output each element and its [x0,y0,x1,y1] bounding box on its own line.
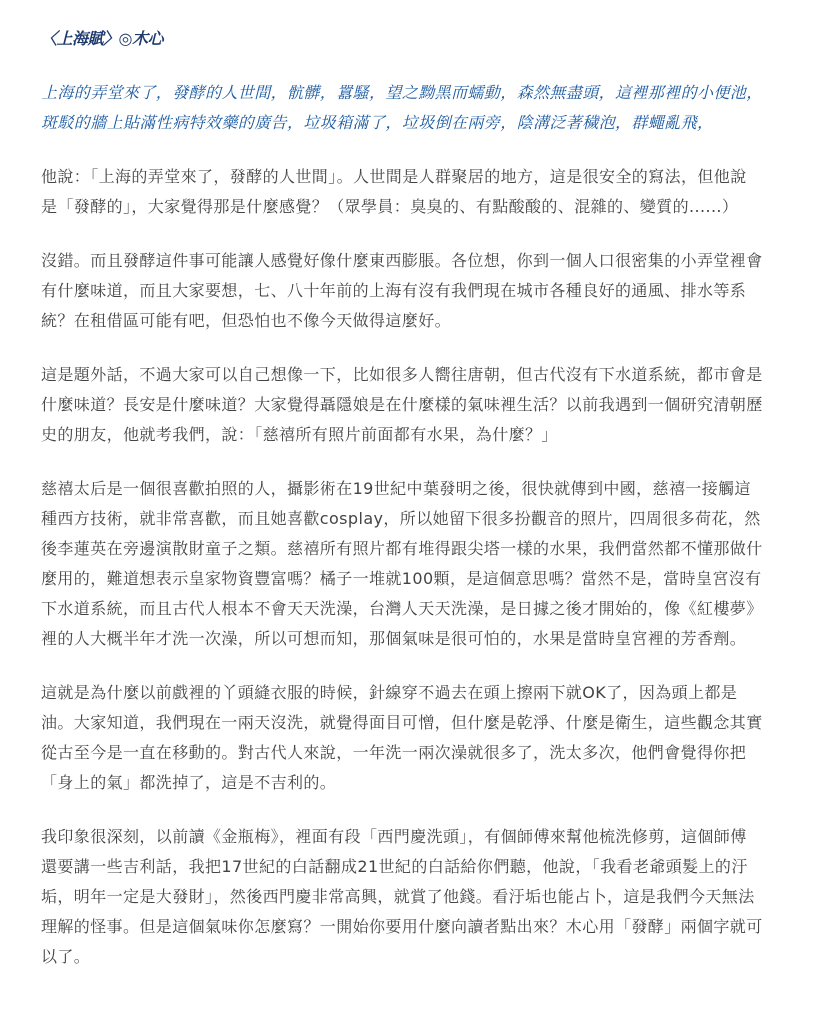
text-line: 是「發酵的」，大家覺得那是什麼感覺？（眾學員：臭臭的、有點酸酸的、混雜的、變質的… [41,192,789,222]
text-line: 油。大家知道，我們現在一兩天沒洗，就覺得面目可憎，但什麼是乾淨、什麼是衛生，這些… [41,708,789,738]
quote-block: 上海的弄堂來了，發酵的人世間，骯髒，囂騷，望之黝黑而蠕動，森然無盡頭，這裡那裡的… [41,78,789,138]
paragraph-5: 這就是為什麼以前戲裡的丫頭縫衣服的時候，針線穿不過去在頭上擦兩下就OK了，因為頭… [41,678,789,798]
article-title: 〈上海賦〉◎木心 [41,24,789,54]
text-line: 史的朋友，他就考我們，說：「慈禧所有照片前面都有水果，為什麼？」 [41,420,789,450]
paragraph-2: 沒錯。而且發酵這件事可能讓人感覺好像什麼東西膨脹。各位想，你到一個人口很密集的小… [41,246,789,336]
text-line: 後李蓮英在旁邊演散財童子之類。慈禧所有照片都有堆得跟尖塔一樣的水果，我們當然都不… [41,534,789,564]
text-line: 種西方技術，就非常喜歡，而且她喜歡cosplay，所以她留下很多扮觀音的照片，四… [41,504,789,534]
text-line: 裡的人大概半年才洗一次澡，所以可想而知，那個氣味是很可怕的，水果是當時皇宮裡的芳… [41,624,789,654]
quote-line: 上海的弄堂來了，發酵的人世間，骯髒，囂騷，望之黝黑而蠕動，森然無盡頭，這裡那裡的… [41,78,789,108]
text-line: 從古至今是一直在移動的。對古代人來說，一年洗一兩次澡就很多了，洗太多次，他們會覺… [41,738,789,768]
text-line: 慈禧太后是一個很喜歡拍照的人，攝影術在19世紀中葉發明之後，很快就傳到中國，慈禧… [41,474,789,504]
paragraph-3: 這是題外話，不過大家可以自己想像一下，比如很多人嚮往唐朝，但古代沒有下水道系統，… [41,360,789,450]
quote-line: 斑駁的牆上貼滿性病特效藥的廣告，垃圾箱滿了，垃圾倒在兩旁，陰溝泛著穢泡，群蠅亂飛… [41,108,789,138]
text-line: 統？在租借區可能有吧，但恐怕也不像今天做得這麼好。 [41,306,789,336]
text-line: 下水道系統，而且古代人根本不會天天洗澡，台灣人天天洗澡，是日據之後才開始的，像《… [41,594,789,624]
paragraph-1: 他說：「上海的弄堂來了，發酵的人世間」。人世間是人群聚居的地方，這是很安全的寫法… [41,162,789,222]
paragraph-6: 我印象很深刻，以前讀《金瓶梅》，裡面有段「西門慶洗頭」，有個師傅來幫他梳洗修剪，… [41,822,789,972]
text-line: 我印象很深刻，以前讀《金瓶梅》，裡面有段「西門慶洗頭」，有個師傅來幫他梳洗修剪，… [41,822,789,852]
text-line: 這就是為什麼以前戲裡的丫頭縫衣服的時候，針線穿不過去在頭上擦兩下就OK了，因為頭… [41,678,789,708]
text-line: 麼用的，難道想表示皇家物資豐富嗎？橘子一堆就100顆，是這個意思嗎？當然不是，當… [41,564,789,594]
text-line: 還要講一些吉利話，我把17世紀的白話翻成21世紀的白話給你們聽，他說，「我看老爺… [41,852,789,882]
text-line: 「身上的氣」都洗掉了，這是不吉利的。 [41,768,789,798]
text-line: 沒錯。而且發酵這件事可能讓人感覺好像什麼東西膨脹。各位想，你到一個人口很密集的小… [41,246,789,276]
text-line: 什麼味道？長安是什麼味道？大家覺得聶隱娘是在什麼樣的氣味裡生活？以前我遇到一個研… [41,390,789,420]
text-line: 有什麼味道，而且大家要想，七、八十年前的上海有沒有我們現在城市各種良好的通風、排… [41,276,789,306]
text-line: 理解的怪事。但是這個氣味你怎麼寫？一開始你要用什麼向讀者點出來？木心用「發酵」兩… [41,912,789,942]
paragraph-4: 慈禧太后是一個很喜歡拍照的人，攝影術在19世紀中葉發明之後，很快就傳到中國，慈禧… [41,474,789,654]
text-line: 以了。 [41,942,789,972]
text-line: 這是題外話，不過大家可以自己想像一下，比如很多人嚮往唐朝，但古代沒有下水道系統，… [41,360,789,390]
text-line: 他說：「上海的弄堂來了，發酵的人世間」。人世間是人群聚居的地方，這是很安全的寫法… [41,162,789,192]
article: 〈上海賦〉◎木心 上海的弄堂來了，發酵的人世間，骯髒，囂騷，望之黝黑而蠕動，森然… [0,0,829,972]
text-line: 垢，明年一定是大發財」，然後西門慶非常高興，就賞了他錢。看汙垢也能占卜，這是我們… [41,882,789,912]
